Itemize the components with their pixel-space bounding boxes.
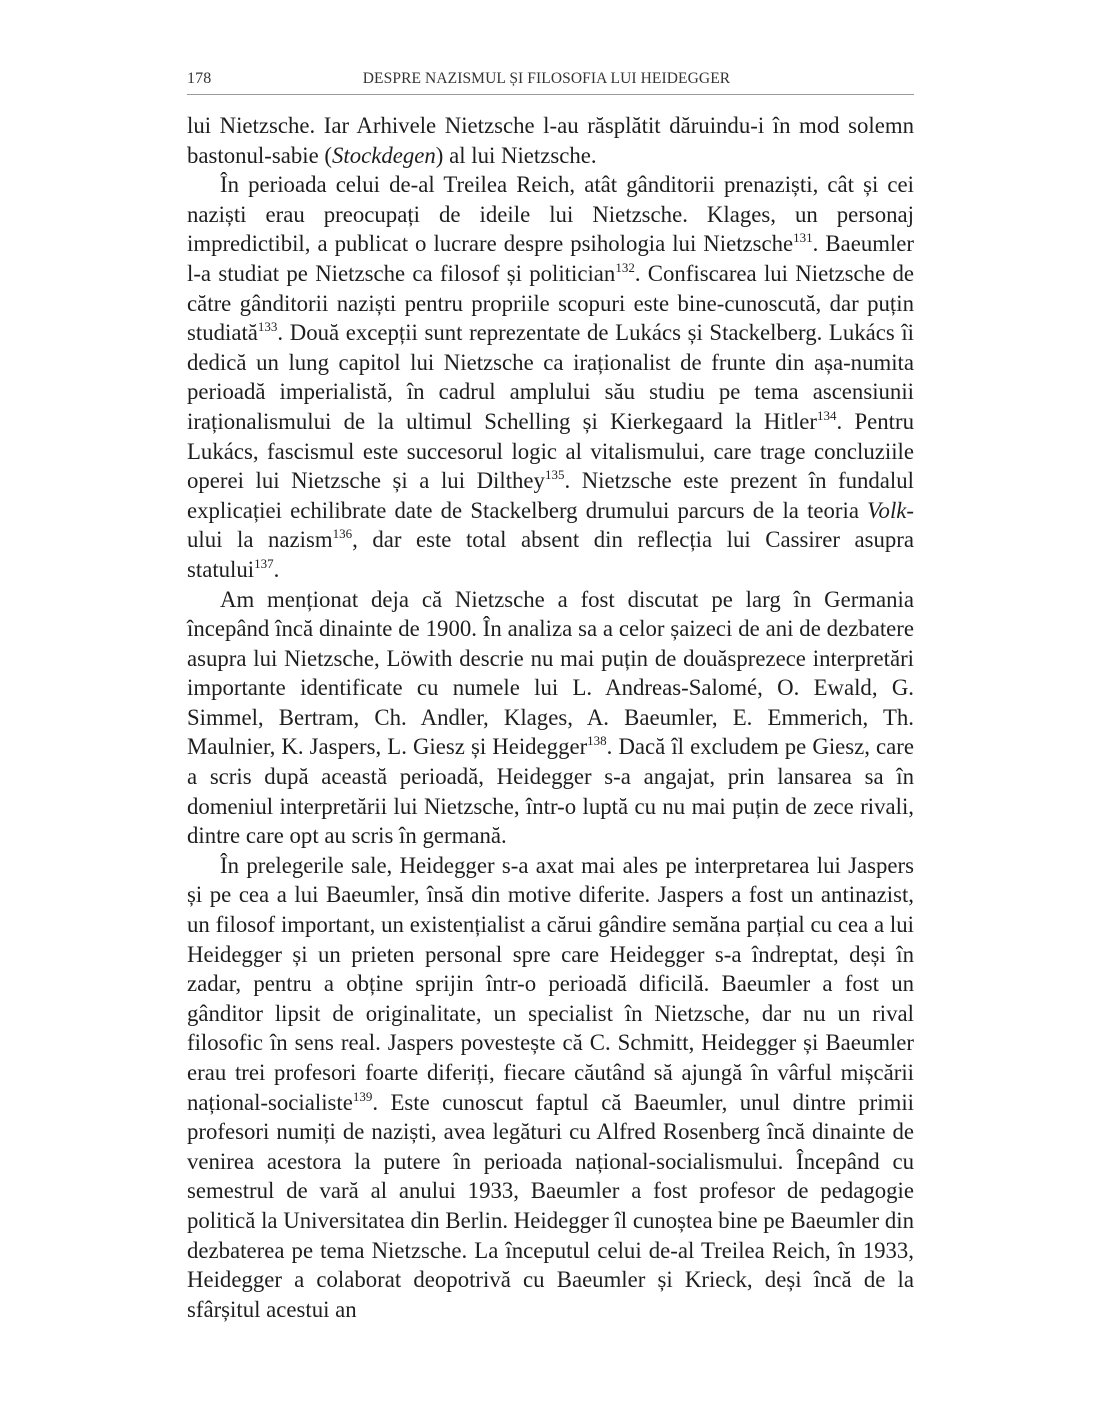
footnote-ref: 138 xyxy=(587,733,607,748)
footnote-ref: 137 xyxy=(254,556,274,571)
italic-term: Volk xyxy=(867,498,906,523)
footnote-ref: 132 xyxy=(615,260,635,275)
footnote-ref: 135 xyxy=(545,467,565,482)
footnote-ref: 139 xyxy=(353,1089,373,1104)
footnote-ref: 133 xyxy=(258,319,278,334)
page-number: 178 xyxy=(187,68,227,90)
paragraph: lui Nietzsche. Iar Arhivele Nietzsche l-… xyxy=(187,111,914,170)
paragraph: Am menționat deja că Nietzsche a fost di… xyxy=(187,585,914,851)
book-page: 178 DESPRE NAZISMUL ȘI FILOSOFIA LUI HEI… xyxy=(187,68,914,1324)
running-head: 178 DESPRE NAZISMUL ȘI FILOSOFIA LUI HEI… xyxy=(187,68,914,95)
text-run: În prelegerile sale, Heidegger s-a axat … xyxy=(187,853,914,1115)
running-title: DESPRE NAZISMUL ȘI FILOSOFIA LUI HEIDEGG… xyxy=(227,68,914,90)
text-run: . xyxy=(274,557,280,582)
body-text: lui Nietzsche. Iar Arhivele Nietzsche l-… xyxy=(187,111,914,1324)
text-run: . Două excepții sunt reprezentate de Luk… xyxy=(187,320,914,434)
paragraph: În prelegerile sale, Heidegger s-a axat … xyxy=(187,851,914,1325)
text-run: ) al lui Nietzsche. xyxy=(436,143,597,168)
paragraph: În perioada celui de-al Treilea Reich, a… xyxy=(187,170,914,584)
footnote-ref: 131 xyxy=(793,230,813,245)
footnote-ref: 134 xyxy=(817,408,837,423)
italic-term: Stockdegen xyxy=(332,143,436,168)
text-run: . Este cunoscut faptul că Baeumler, unul… xyxy=(187,1090,914,1322)
footnote-ref: 136 xyxy=(333,526,353,541)
